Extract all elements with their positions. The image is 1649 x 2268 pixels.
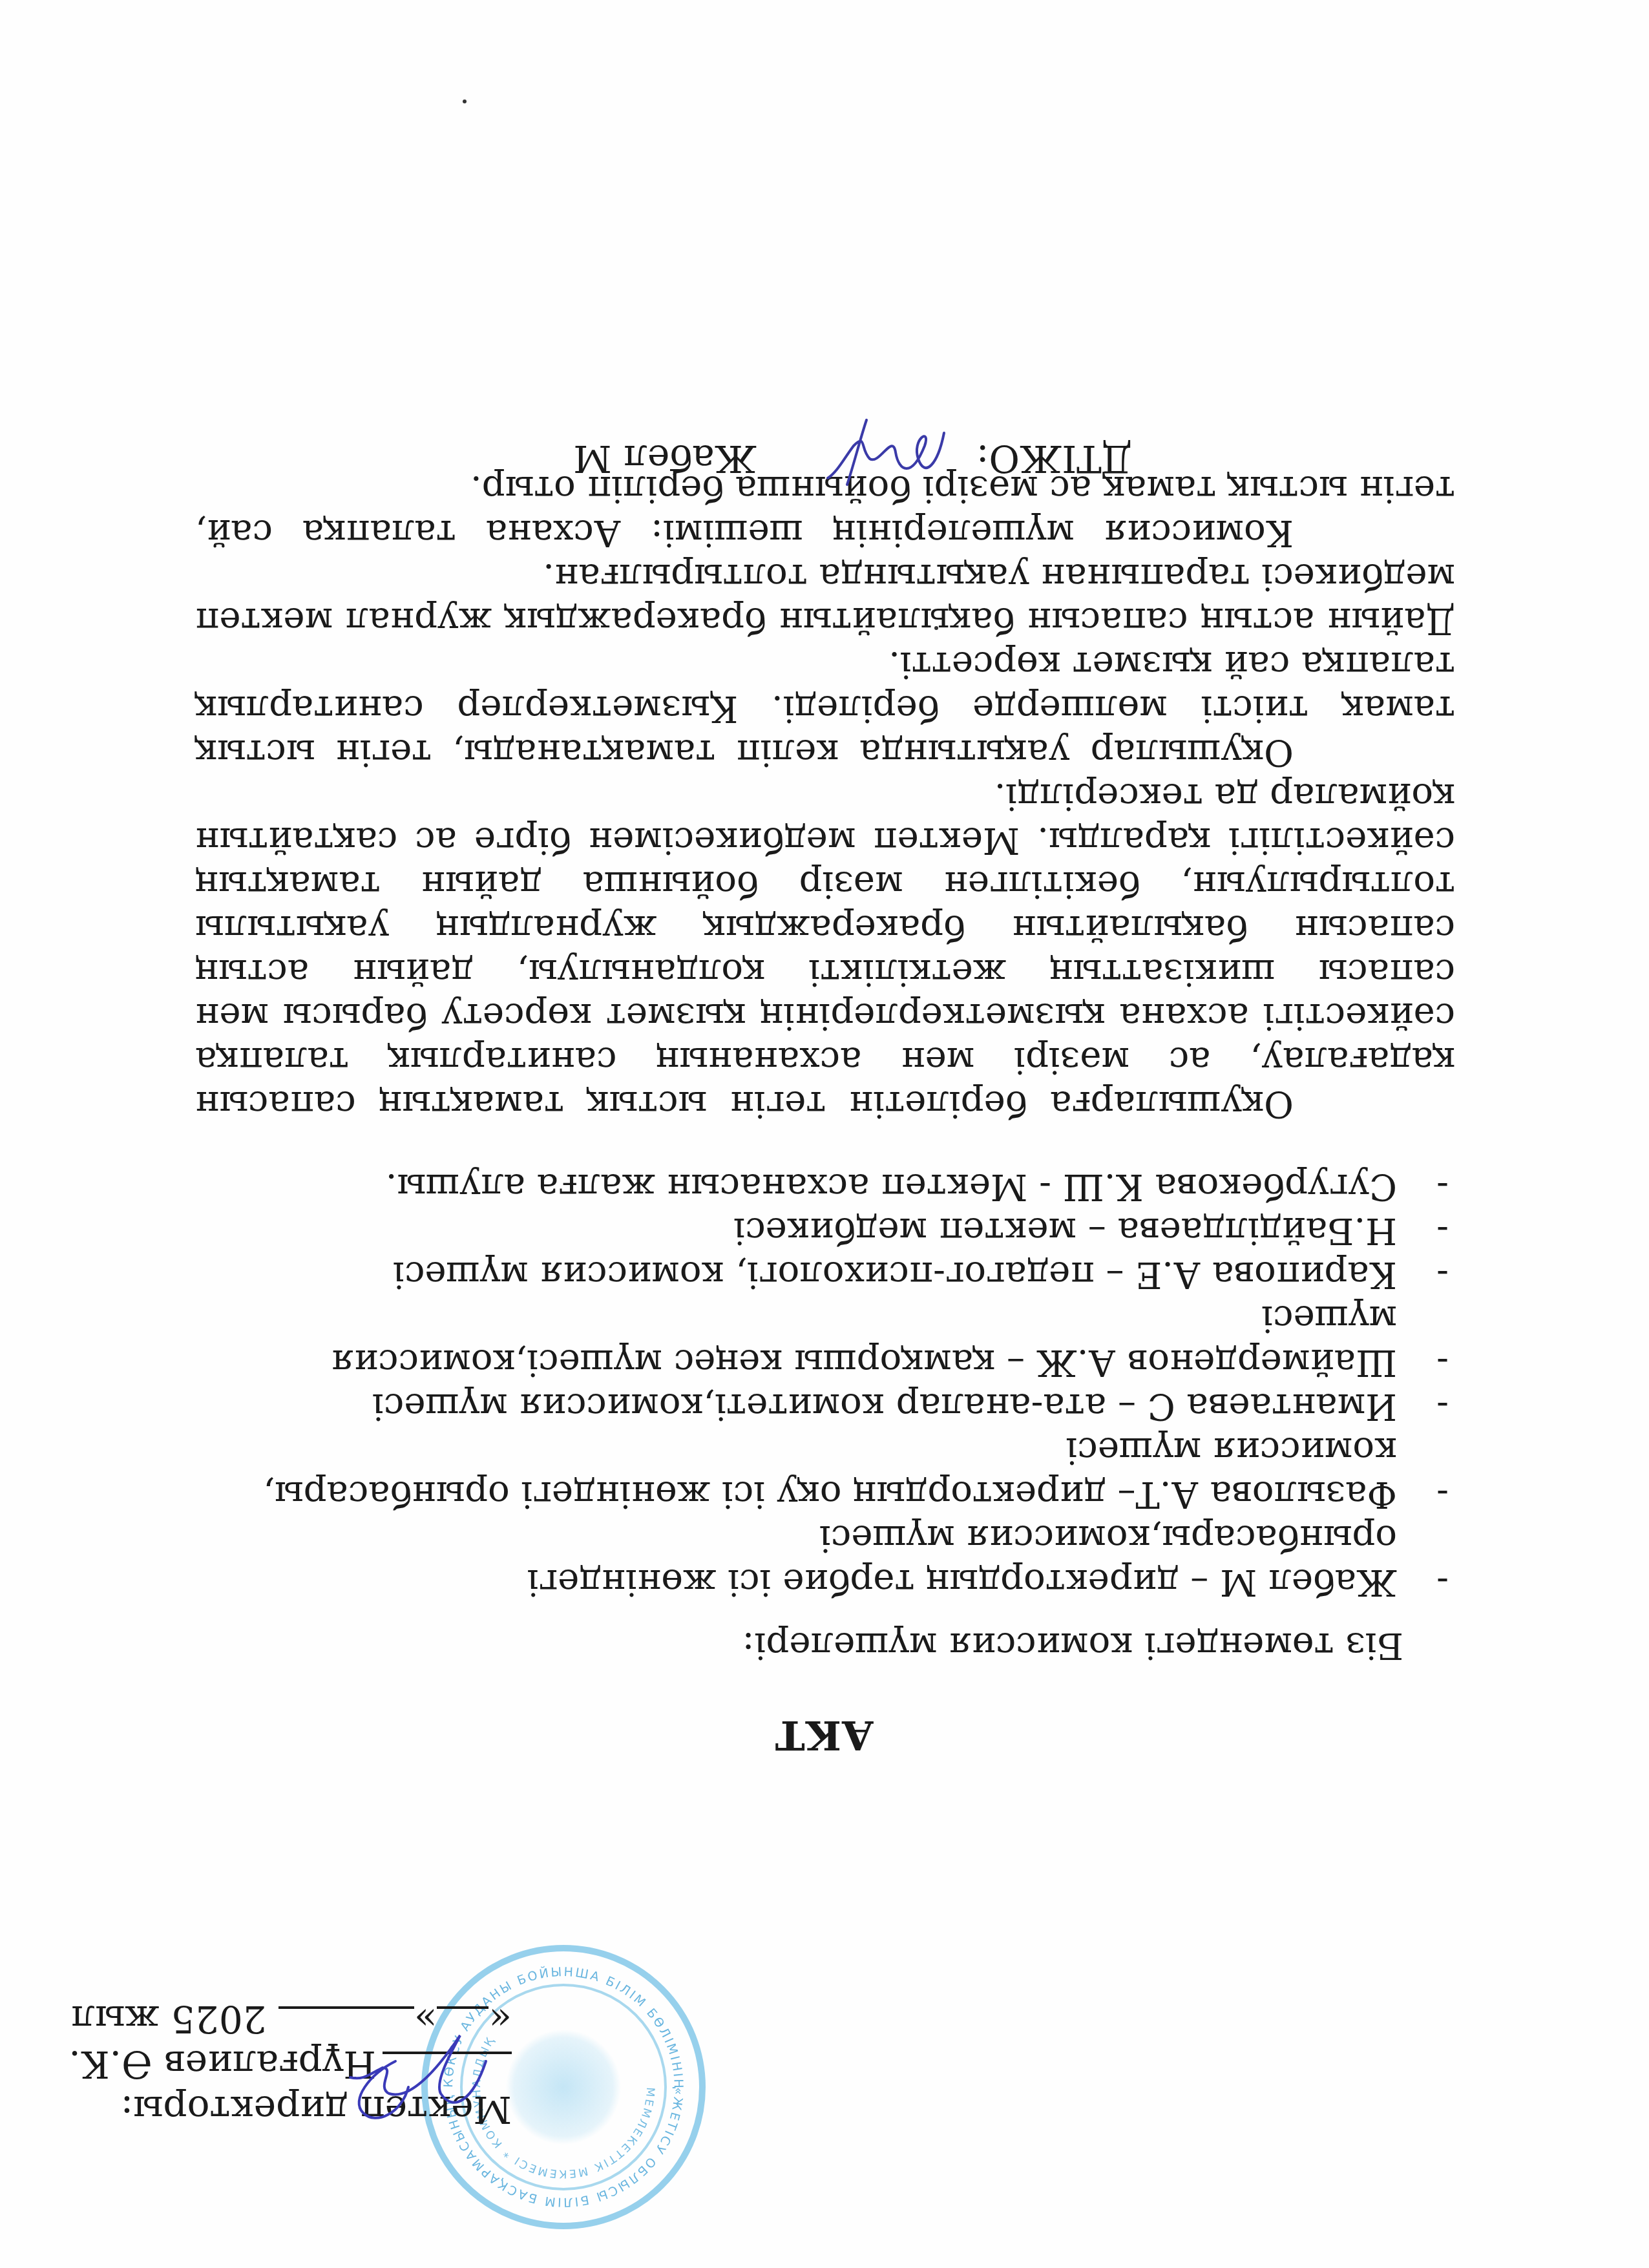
list-item: -Сугурбекова К.Ш - Мектеп асханасын жалғ…	[195, 1164, 1455, 1208]
intro-text: Біз төмендегі комиссия мүшелері:	[195, 1623, 1403, 1667]
list-item: -Шаймерденов А.Ж – қамқоршы кеңес мүшесі…	[195, 1296, 1455, 1384]
inspection-paragraph: Оқушыларға берілетін тегін ыстық тамақты…	[195, 774, 1455, 1126]
list-item: -Жабел М – директордың тәрбие ісі жөнінд…	[195, 1516, 1455, 1604]
list-item: -Фазылова А.Т– директордың оқу ісі жөнін…	[195, 1428, 1455, 1516]
scan-speck	[463, 100, 467, 103]
signoff-label: ДТІЖО:	[976, 437, 1132, 481]
director-signature-icon	[331, 2022, 499, 2139]
commission-members-list: -Жабел М – директордың тәрбие ісі жөнінд…	[195, 1164, 1455, 1604]
list-item: -Имантаева С – ата-аналар комитеті,комис…	[195, 1384, 1455, 1428]
scanned-document-page: «ЖЕТІСУ ОБЛЫСЫ БІЛІМ БАСҚАРМАСЫНЫҢ КӨКСУ…	[0, 0, 1649, 2268]
signoff-block: ДТІЖО: Жабел М	[573, 414, 1132, 504]
journal-paragraph: Дайын астың сапасын бақылайтын бракеражд…	[195, 554, 1455, 642]
list-item: -Н.Байділдаева – мектеп медбикесі	[195, 1208, 1455, 1252]
approval-name: Нұрғалиев Ә.К.	[68, 2042, 376, 2086]
list-item: -Карипова А.Е – педагог-психологі, комис…	[195, 1252, 1455, 1296]
document-body: Біз төмендегі комиссия мүшелері: -Жабел …	[195, 467, 1455, 1667]
signoff-name: Жабел М	[573, 437, 757, 481]
findings-paragraph: Оқушылар уақытында келіп тамақтанады, те…	[195, 642, 1455, 774]
document-title: АКТ	[0, 1712, 1649, 1759]
date-day-blank	[437, 2006, 489, 2009]
scan-speck	[934, 626, 938, 630]
approval-year: 2025 жыл	[71, 1997, 266, 2041]
date-month-blank	[278, 2006, 414, 2009]
signature-icon	[815, 414, 957, 504]
